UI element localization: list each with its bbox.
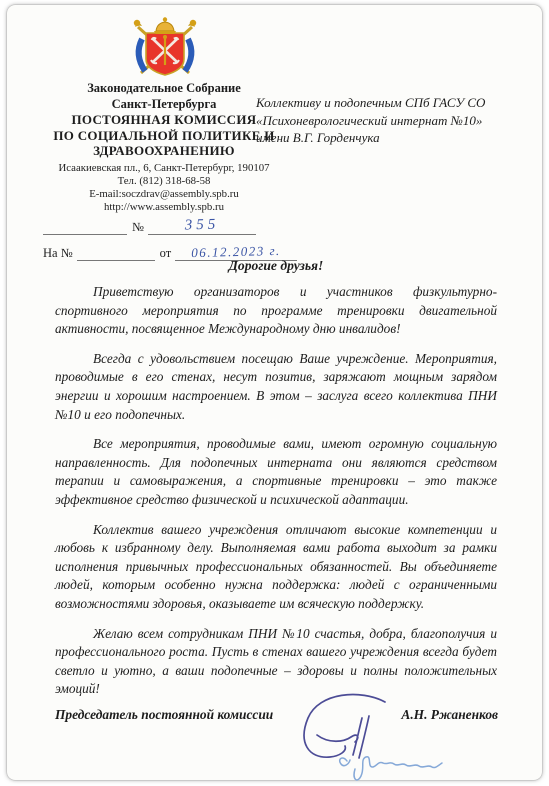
org-phone: Тел. (812) 318-68-58 (32, 175, 296, 188)
number-rule: 355 (148, 217, 256, 235)
recipient-block: Коллективу и подопечным СПб ГАСУ СО «Пси… (256, 94, 542, 147)
saint-petersburg-coat-of-arms-icon (125, 15, 205, 79)
scanned-letter-page: Законодательное Собрание Санкт-Петербург… (0, 0, 549, 786)
blank-rule (43, 219, 127, 235)
org-email: E-mail:soczdrav@assembly.spb.ru (32, 188, 296, 201)
recipient-line2: «Психоневрологический интернат №10» (256, 112, 542, 130)
paragraph-5: Желаю всем сотрудникам ПНИ №10 счастья, … (55, 625, 497, 699)
handwritten-signature (295, 691, 470, 786)
outgoing-number-row: № 355 (43, 213, 303, 235)
recipient-line1: Коллективу и подопечным СПб ГАСУ СО (256, 94, 542, 112)
number-label: № (127, 220, 148, 235)
paragraph-1: Приветствую организаторов и участников ф… (55, 283, 497, 339)
letter-body: Дорогие друзья! Приветствую организаторо… (55, 258, 497, 710)
paragraph-4: Коллектив вашего учреждения отличают выс… (55, 521, 497, 614)
paragraph-2: Всегда с удовольствием посещаю Ваше учре… (55, 350, 497, 424)
signature-flourish (340, 757, 442, 780)
signer-title: Председатель постоянной комиссии (55, 707, 273, 723)
recipient-line3: имени В.Г. Горденчука (256, 129, 542, 147)
letter-sheet: Законодательное Собрание Санкт-Петербург… (7, 5, 542, 780)
paragraph-3: Все мероприятия, проводимые вами, имеют … (55, 435, 497, 509)
reference-block: № 355 На № от 06.12.2023 г. (43, 213, 303, 261)
salutation: Дорогие друзья! (55, 258, 497, 274)
org-address: Исаакиевская пл., 6, Санкт-Петербург, 19… (32, 162, 296, 175)
handwritten-number: 355 (148, 216, 256, 236)
